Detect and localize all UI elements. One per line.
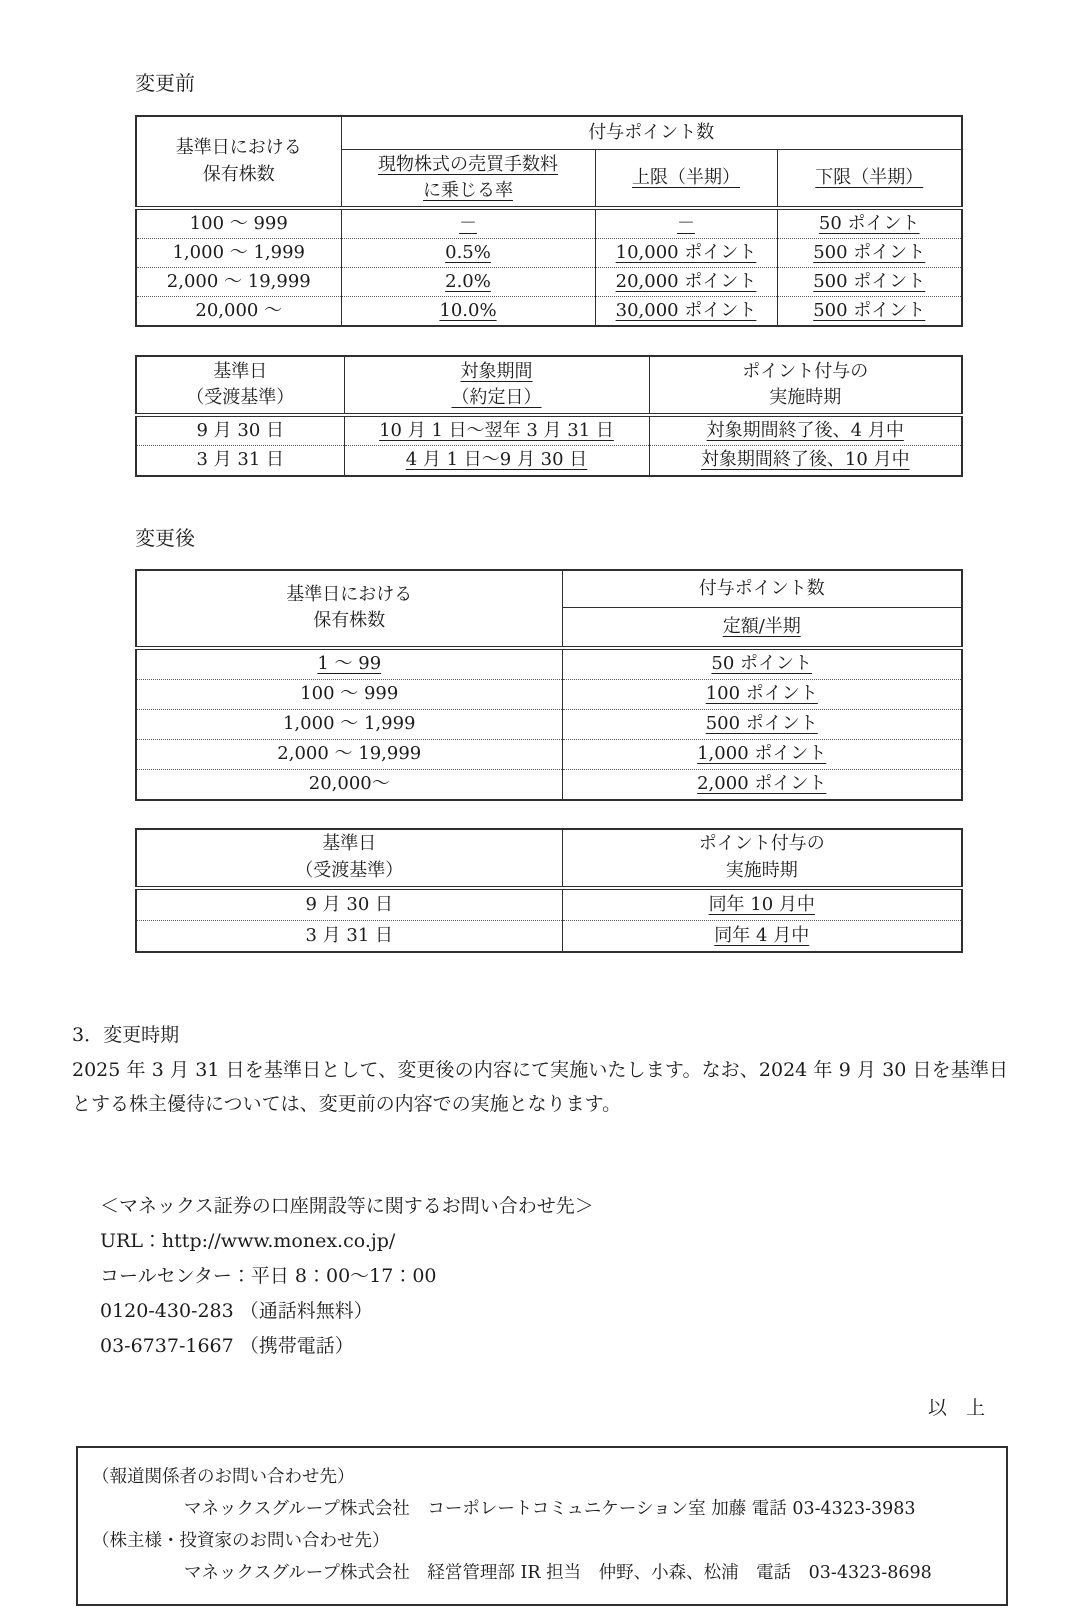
cell-holdings: 2,000 ～ 19,999 — [136, 268, 341, 297]
cell-record-date: 3 月 31 日 — [136, 446, 344, 476]
cell-holdings: 20,000～ — [136, 769, 562, 800]
cell-grant-timing: 対象期間終了後、10 月中 — [649, 446, 962, 476]
cell-points: 500 ポイント — [562, 709, 962, 739]
cell-rate: 2.0% — [341, 268, 595, 297]
header-points-group: 付与ポイント数 — [562, 570, 962, 608]
document-page: 変更前 基準日における 保有株数 付与ポイント数 現物株式の売買手数料 に乗じる… — [0, 0, 1080, 1621]
table-header-row: 基準日における 保有株数 付与ポイント数 — [136, 116, 962, 150]
table-header-row: 基準日における 保有株数 付与ポイント数 — [136, 570, 962, 608]
header-record-date: 基準日 （受渡基準） — [136, 829, 562, 888]
cell-holdings: 100 ～ 999 — [136, 679, 562, 709]
cell-record-date: 9 月 30 日 — [136, 415, 344, 446]
cell-holdings: 100 ～ 999 — [136, 208, 341, 239]
header-rate: 現物株式の売買手数料 に乗じる率 — [341, 150, 595, 209]
table-row: 100 ～ 999 100 ポイント — [136, 679, 962, 709]
table-row: 100 ～ 999 － － 50 ポイント — [136, 208, 962, 239]
before-change-label: 変更前 — [135, 72, 1080, 94]
cell-grant-timing: 同年 10 月中 — [562, 888, 962, 921]
footer-contact-box: （報道関係者のお問い合わせ先） マネックスグループ株式会社 コーポレートコミュニ… — [76, 1446, 1008, 1606]
cell-grant-timing: 同年 4 月中 — [562, 920, 962, 952]
cell-grant-timing: 対象期間終了後、4 月中 — [649, 415, 962, 446]
cell-upper: 10,000 ポイント — [595, 239, 777, 268]
ir-contact-line: マネックスグループ株式会社 経営管理部 IR 担当 仲野、小森、松浦 電話 03… — [92, 1557, 990, 1589]
section-change-timing: 3．変更時期 2025 年 3 月 31 日を基準日として、変更後の内容にて実施… — [72, 1023, 1008, 1121]
table-row: 2,000 ～ 19,999 1,000 ポイント — [136, 739, 962, 769]
header-grant-timing: ポイント付与の 実施時期 — [649, 356, 962, 415]
table-row: 20,000 ～ 10.0% 30,000 ポイント 500 ポイント — [136, 297, 962, 327]
cell-points: 2,000 ポイント — [562, 769, 962, 800]
table-row: 1 ～ 99 50 ポイント — [136, 648, 962, 680]
table-row: 1,000 ～ 1,999 0.5% 10,000 ポイント 500 ポイント — [136, 239, 962, 268]
cell-lower: 50 ポイント — [777, 208, 962, 239]
table-row: 9 月 30 日 10 月 1 日～翌年 3 月 31 日 対象期間終了後、4 … — [136, 415, 962, 446]
cell-holdings: 20,000 ～ — [136, 297, 341, 327]
cell-holdings: 2,000 ～ 19,999 — [136, 739, 562, 769]
cell-lower: 500 ポイント — [777, 239, 962, 268]
press-contact-line: マネックスグループ株式会社 コーポレートコミュニケーション室 加藤 電話 03-… — [92, 1493, 990, 1525]
contact-url: URL：http://www.monex.co.jp/ — [100, 1224, 1080, 1259]
cell-rate: 0.5% — [341, 239, 595, 268]
header-points-group: 付与ポイント数 — [341, 116, 962, 150]
header-upper-limit: 上限（半期） — [595, 150, 777, 209]
after-change-label: 変更後 — [135, 527, 1080, 549]
cell-lower: 500 ポイント — [777, 268, 962, 297]
after-schedule-table: 基準日 （受渡基準） ポイント付与の 実施時期 9 月 30 日 同年 10 月… — [135, 828, 963, 953]
table-row: 2,000 ～ 19,999 2.0% 20,000 ポイント 500 ポイント — [136, 268, 962, 297]
after-points-table: 基準日における 保有株数 付与ポイント数 定額/半期 1 ～ 99 50 ポイン… — [135, 569, 963, 801]
cell-holdings: 1,000 ～ 1,999 — [136, 239, 341, 268]
cell-points: 100 ポイント — [562, 679, 962, 709]
table-header-row: 基準日 （受渡基準） ポイント付与の 実施時期 — [136, 829, 962, 888]
table-header-row: 基準日 （受渡基準） 対象期間 （約定日） ポイント付与の 実施時期 — [136, 356, 962, 415]
cell-upper: 20,000 ポイント — [595, 268, 777, 297]
cell-holdings: 1,000 ～ 1,999 — [136, 709, 562, 739]
cell-upper: － — [595, 208, 777, 239]
header-grant-timing: ポイント付与の 実施時期 — [562, 829, 962, 888]
press-contact-label: （報道関係者のお問い合わせ先） — [92, 1461, 990, 1493]
header-holdings: 基準日における 保有株数 — [136, 570, 562, 648]
header-holdings: 基準日における 保有株数 — [136, 116, 341, 208]
cell-holdings: 1 ～ 99 — [136, 648, 562, 680]
table-row: 1,000 ～ 1,999 500 ポイント — [136, 709, 962, 739]
contact-tollfree-phone: 0120-430-283 （通話料無料） — [100, 1294, 1080, 1329]
before-points-table: 基準日における 保有株数 付与ポイント数 現物株式の売買手数料 に乗じる率 上限… — [135, 115, 963, 327]
cell-points: 1,000 ポイント — [562, 739, 962, 769]
section-body: 2025 年 3 月 31 日を基準日として、変更後の内容にて実施いたします。な… — [72, 1053, 1008, 1121]
contact-callcenter: コールセンター：平日 8：00～17：00 — [100, 1259, 1080, 1294]
table-row: 20,000～ 2,000 ポイント — [136, 769, 962, 800]
cell-points: 50 ポイント — [562, 648, 962, 680]
cell-record-date: 9 月 30 日 — [136, 888, 562, 921]
header-target-period: 対象期間 （約定日） — [344, 356, 649, 415]
cell-rate: 10.0% — [341, 297, 595, 327]
cell-rate: － — [341, 208, 595, 239]
before-schedule-table: 基準日 （受渡基準） 対象期間 （約定日） ポイント付与の 実施時期 9 月 3… — [135, 355, 963, 476]
table-row: 9 月 30 日 同年 10 月中 — [136, 888, 962, 921]
contact-title: ＜マネックス証券の口座開設等に関するお問い合わせ先＞ — [100, 1189, 1080, 1224]
cell-record-date: 3 月 31 日 — [136, 920, 562, 952]
cell-lower: 500 ポイント — [777, 297, 962, 327]
contact-block: ＜マネックス証券の口座開設等に関するお問い合わせ先＞ URL：http://ww… — [100, 1189, 1080, 1364]
contact-mobile-phone: 03-6737-1667 （携帯電話） — [100, 1329, 1080, 1364]
header-record-date: 基準日 （受渡基準） — [136, 356, 344, 415]
table-row: 3 月 31 日 4 月 1 日～9 月 30 日 対象期間終了後、10 月中 — [136, 446, 962, 476]
header-lower-limit: 下限（半期） — [777, 150, 962, 209]
table-row: 3 月 31 日 同年 4 月中 — [136, 920, 962, 952]
header-fixed-amount: 定額/半期 — [562, 607, 962, 648]
closing-mark: 以 上 — [0, 1396, 985, 1420]
cell-target-period: 10 月 1 日～翌年 3 月 31 日 — [344, 415, 649, 446]
ir-contact-label: （株主様・投資家のお問い合わせ先） — [92, 1525, 990, 1557]
cell-target-period: 4 月 1 日～9 月 30 日 — [344, 446, 649, 476]
section-heading: 3．変更時期 — [72, 1023, 1008, 1047]
cell-upper: 30,000 ポイント — [595, 297, 777, 327]
